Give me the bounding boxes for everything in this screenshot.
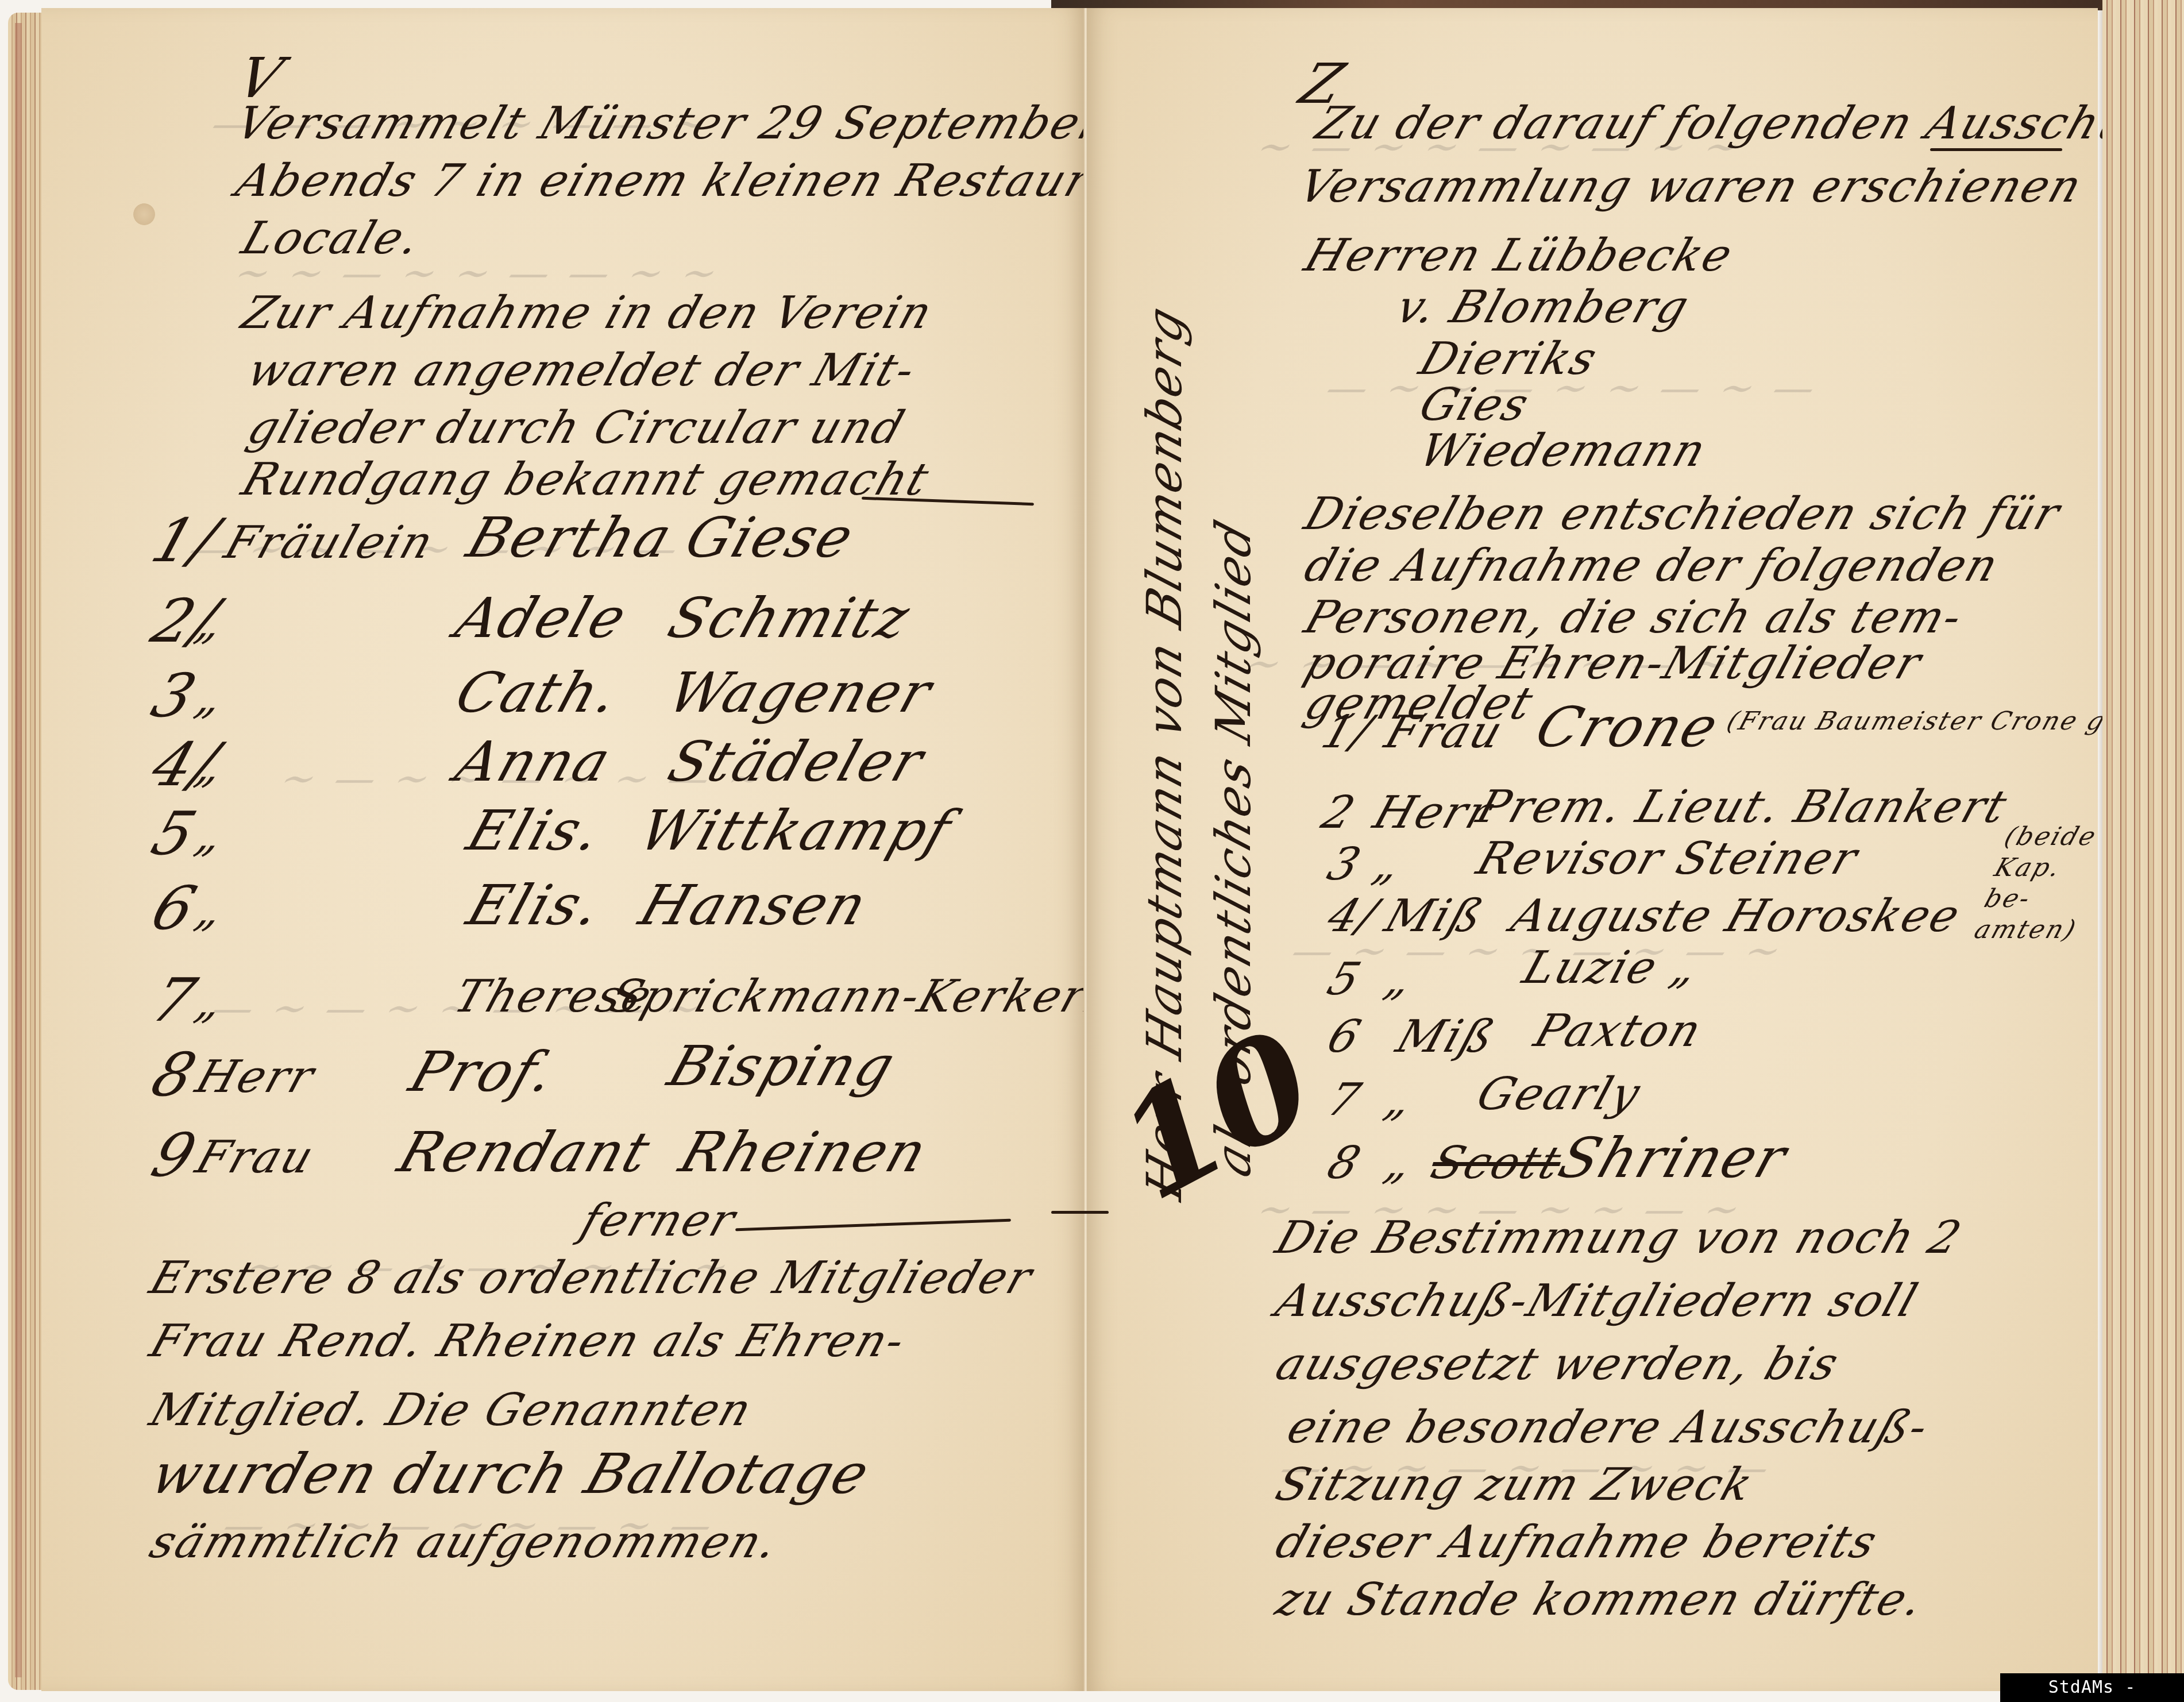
entry-name: Paxton <box>1528 1005 1709 1057</box>
book-edge-left-red-stain <box>15 23 22 1677</box>
entry-title: Miß <box>1390 1011 1502 1063</box>
entry-first-name: Adele <box>448 586 636 650</box>
entry-last-name: Hansen <box>632 873 876 937</box>
entry-last-name: Giese <box>678 505 863 570</box>
margin-divider-line <box>1051 1211 1109 1214</box>
attendee: Gies <box>1413 379 1537 431</box>
entry-last-name: Wagener <box>661 661 941 725</box>
entry-last-name: Bisping <box>661 1034 904 1098</box>
entry-name: Crone <box>1528 695 1727 759</box>
entry-last-name: Städeler <box>661 730 933 794</box>
entry-last-name: Wittkampf <box>632 798 960 863</box>
right-closing-line: Die Bestimmung von noch 2 <box>1270 1212 1969 1264</box>
entry-name: Auguste Horoskee <box>1505 890 1967 942</box>
archive-label: StdAMs - MV_002a_019 <box>2000 1673 2184 1702</box>
entry-title: Miß <box>1379 890 1491 942</box>
entry-title: Herr <box>190 1051 322 1103</box>
left-closing-line: sämmtlich aufgenommen. <box>144 1516 786 1568</box>
entry-title: Frau <box>1379 707 1510 758</box>
entry-last-name: Schmitz <box>661 586 919 650</box>
attendee: Wiedemann <box>1413 425 1714 477</box>
decision-line: die Aufnahme der folgenden <box>1298 540 2006 592</box>
left-paragraph-line: Zur Aufnahme in den Verein <box>236 287 940 339</box>
attendees-label: Herren Lübbecke <box>1298 230 1740 281</box>
manuscript-spread: — — — ~ ~ ~ — — ~ ~ ~ — ~ ~ — — ~ ~ — ~ … <box>0 0 2184 1702</box>
book-edge-left <box>8 13 46 1690</box>
entry-first-name: Elis. <box>460 873 611 937</box>
entry-name: Shriner <box>1551 1126 1796 1190</box>
right-intro-line: Versammlung waren erschienen <box>1292 161 2089 213</box>
entry-first-name: Cath. <box>448 661 628 725</box>
stain <box>133 203 155 225</box>
entry-name: Prem. Lieut. Blankert <box>1471 781 2015 833</box>
entry-first-name: Prof. <box>402 1040 564 1104</box>
closing-insert: ferner <box>574 1195 743 1246</box>
attendee: Dieriks <box>1413 333 1604 385</box>
entry-struck-name: Scott <box>1425 1137 1569 1189</box>
decision-line: Dieselben entschieden sich für <box>1298 488 2067 540</box>
entry-name: Luzie „ <box>1517 942 1706 994</box>
left-closing-line: wurden durch Ballotage <box>144 1442 878 1506</box>
left-paragraph-line: Rundgang bekannt gemacht <box>236 454 936 505</box>
entry-title: Fräulein <box>218 517 441 569</box>
entry-first-name: Rendant <box>391 1120 659 1184</box>
entry-first-name: Anna <box>448 730 620 794</box>
underline-ausschuss <box>1930 148 2062 151</box>
right-closing-line: dieser Aufnahme bereits <box>1270 1516 1885 1568</box>
entry-name: Gearly <box>1471 1068 1648 1120</box>
entry-name: Revisor Steiner <box>1471 833 1865 885</box>
right-closing-line: Sitzung zum Zweck <box>1270 1459 1760 1511</box>
attendee: v. Blomberg <box>1390 281 1696 333</box>
entry-first-name: Bertha <box>460 505 681 570</box>
entry-first-name: Elis. <box>460 798 611 863</box>
entry-title: Frau <box>190 1132 321 1183</box>
right-closing-line: eine besondere Ausschuß- <box>1281 1402 1936 1453</box>
left-paragraph-line: waren angemeldet der Mit- <box>241 345 923 396</box>
left-closing-line: Frau Rend. Rheinen als Ehren- <box>144 1315 913 1367</box>
entry-last-name: Rheinen <box>672 1120 936 1184</box>
right-closing-line: ausgesetzt werden, bis <box>1270 1338 1846 1390</box>
right-closing-line: zu Stande kommen dürfte. <box>1270 1574 1931 1626</box>
left-closing-line: Mitglied. Die Genannten <box>144 1384 759 1436</box>
right-intro-line: Zu der darauf folgenden Ausschuß <box>1310 98 2170 149</box>
decision-line: Personen, die sich als tem- <box>1298 592 1970 643</box>
left-intro-line: Locale. <box>236 213 428 264</box>
left-paragraph-line: glieder durch Circular und <box>241 402 912 454</box>
left-closing-line: Erstere 8 als ordentliche Mitglieder <box>144 1252 1040 1304</box>
right-closing-line: Ausschuß-Mitgliedern soll <box>1270 1275 1925 1327</box>
book-edge-right <box>2102 0 2184 1702</box>
